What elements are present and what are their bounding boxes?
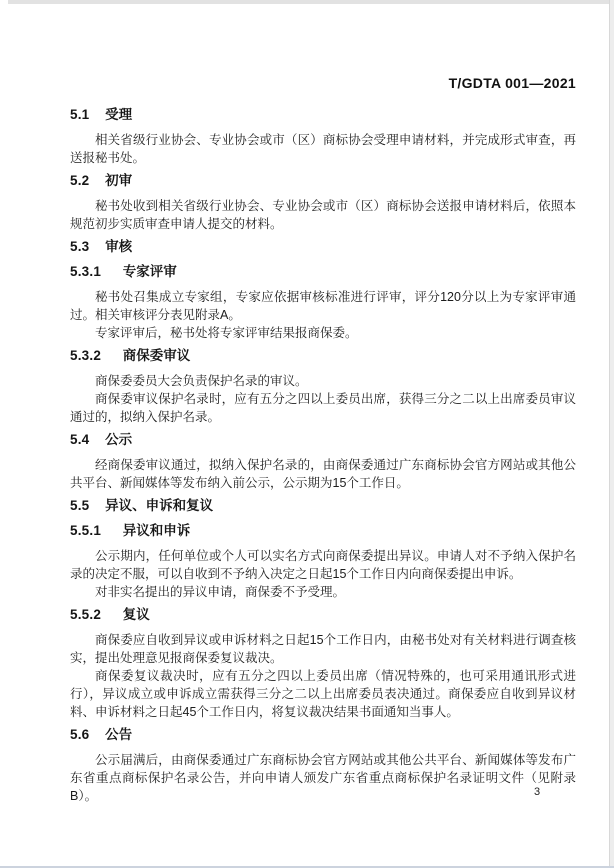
document-section: 5.5.2 复议 商保委应自收到异议或申诉材料之日起15个工作日内，由秘书处对有…	[70, 606, 576, 721]
section-number: 5.3.1	[70, 263, 101, 281]
document-section: 5.4 公示 经商保委审议通过，拟纳入保护名录的，由商保委通过广东商标协会官方网…	[70, 431, 576, 492]
section-heading: 5.3.2 商保委审议	[70, 347, 576, 365]
page-number: 3	[534, 786, 540, 798]
section-heading: 5.5 异议、申诉和复议	[70, 497, 576, 515]
document-section: 5.3.2 商保委审议 商保委委员大会负责保护名录的审议。商保委审议保护名录时，…	[70, 347, 576, 426]
section-heading: 5.4 公示	[70, 431, 576, 449]
page-edge-top	[8, 0, 614, 4]
page-content: T/GDTA 001—2021 5.1 受理 相关省级行业协会、专业协会或市（区…	[70, 74, 576, 805]
document-section: 5.6 公告 公示届满后，由商保委通过广东商标协会官方网站或其他公共平台、新闻媒…	[70, 726, 576, 805]
document-section: 5.3 审核	[70, 238, 576, 256]
section-number: 5.5.1	[70, 522, 101, 540]
section-heading: 5.1 受理	[70, 106, 576, 124]
section-number: 5.5.2	[70, 606, 101, 624]
section-paragraph: 秘书处收到相关省级行业协会、专业协会或市（区）商标协会送报申请材料后，依照本规范…	[70, 197, 576, 233]
section-paragraph: 相关省级行业协会、专业协会或市（区）商标协会受理申请材料，并完成形式审查，再送报…	[70, 131, 576, 167]
section-number: 5.3	[70, 238, 89, 256]
section-paragraph: 秘书处召集成立专家组，专家应依据审核标准进行评审，评分120分以上为专家评审通过…	[70, 288, 576, 324]
section-heading: 5.5.1 异议和申诉	[70, 522, 576, 540]
document-section: 5.5.1 异议和申诉 公示期内，任何单位或个人可以实名方式向商保委提出异议。申…	[70, 522, 576, 601]
section-number: 5.1	[70, 106, 89, 124]
document-code-header: T/GDTA 001—2021	[70, 74, 576, 92]
section-number: 5.5	[70, 497, 89, 515]
section-title: 公告	[105, 727, 132, 742]
document-section: 5.5 异议、申诉和复议	[70, 497, 576, 515]
section-number: 5.6	[70, 726, 89, 744]
section-paragraph: 商保委委员大会负责保护名录的审议。	[70, 372, 576, 390]
document-page: T/GDTA 001—2021 5.1 受理 相关省级行业协会、专业协会或市（区…	[0, 0, 614, 868]
section-number: 5.2	[70, 172, 89, 190]
page-edge-right	[609, 0, 614, 868]
section-paragraph: 商保委复议裁决时，应有五分之四以上委员出席（情况特殊的，也可采用通讯形式进行），…	[70, 667, 576, 721]
section-number: 5.4	[70, 431, 89, 449]
section-heading: 5.3 审核	[70, 238, 576, 256]
section-title: 公示	[105, 432, 132, 447]
section-paragraph: 专家评审后，秘书处将专家评审结果报商保委。	[70, 324, 576, 342]
section-paragraph: 商保委审议保护名录时，应有五分之四以上委员出席，获得三分之二以上出席委员审议通过…	[70, 390, 576, 426]
document-section: 5.1 受理 相关省级行业协会、专业协会或市（区）商标协会受理申请材料，并完成形…	[70, 106, 576, 167]
section-heading: 5.5.2 复议	[70, 606, 576, 624]
section-heading: 5.6 公告	[70, 726, 576, 744]
section-title: 受理	[105, 107, 132, 122]
document-section: 5.3.1 专家评审 秘书处召集成立专家组，专家应依据审核标准进行评审，评分12…	[70, 263, 576, 342]
section-title: 复议	[123, 607, 150, 622]
section-paragraph: 对非实名提出的异议申请，商保委不予受理。	[70, 583, 576, 601]
document-body: 5.1 受理 相关省级行业协会、专业协会或市（区）商标协会受理申请材料，并完成形…	[70, 106, 576, 805]
section-title: 审核	[105, 239, 132, 254]
section-paragraph: 公示届满后，由商保委通过广东商标协会官方网站或其他公共平台、新闻媒体等发布广东省…	[70, 751, 576, 805]
section-heading: 5.3.1 专家评审	[70, 263, 576, 281]
section-paragraph: 经商保委审议通过，拟纳入保护名录的，由商保委通过广东商标协会官方网站或其他公共平…	[70, 456, 576, 492]
section-title: 商保委审议	[123, 348, 191, 363]
section-title: 异议和申诉	[123, 523, 191, 538]
section-paragraph: 公示期内，任何单位或个人可以实名方式向商保委提出异议。申请人对不予纳入保护名录的…	[70, 547, 576, 583]
section-paragraph: 商保委应自收到异议或申诉材料之日起15个工作日内，由秘书处对有关材料进行调查核实…	[70, 631, 576, 667]
section-heading: 5.2 初审	[70, 172, 576, 190]
document-section: 5.2 初审 秘书处收到相关省级行业协会、专业协会或市（区）商标协会送报申请材料…	[70, 172, 576, 233]
section-number: 5.3.2	[70, 347, 101, 365]
section-title: 专家评审	[123, 264, 177, 279]
section-title: 初审	[105, 173, 132, 188]
section-title: 异议、申诉和复议	[105, 498, 213, 513]
